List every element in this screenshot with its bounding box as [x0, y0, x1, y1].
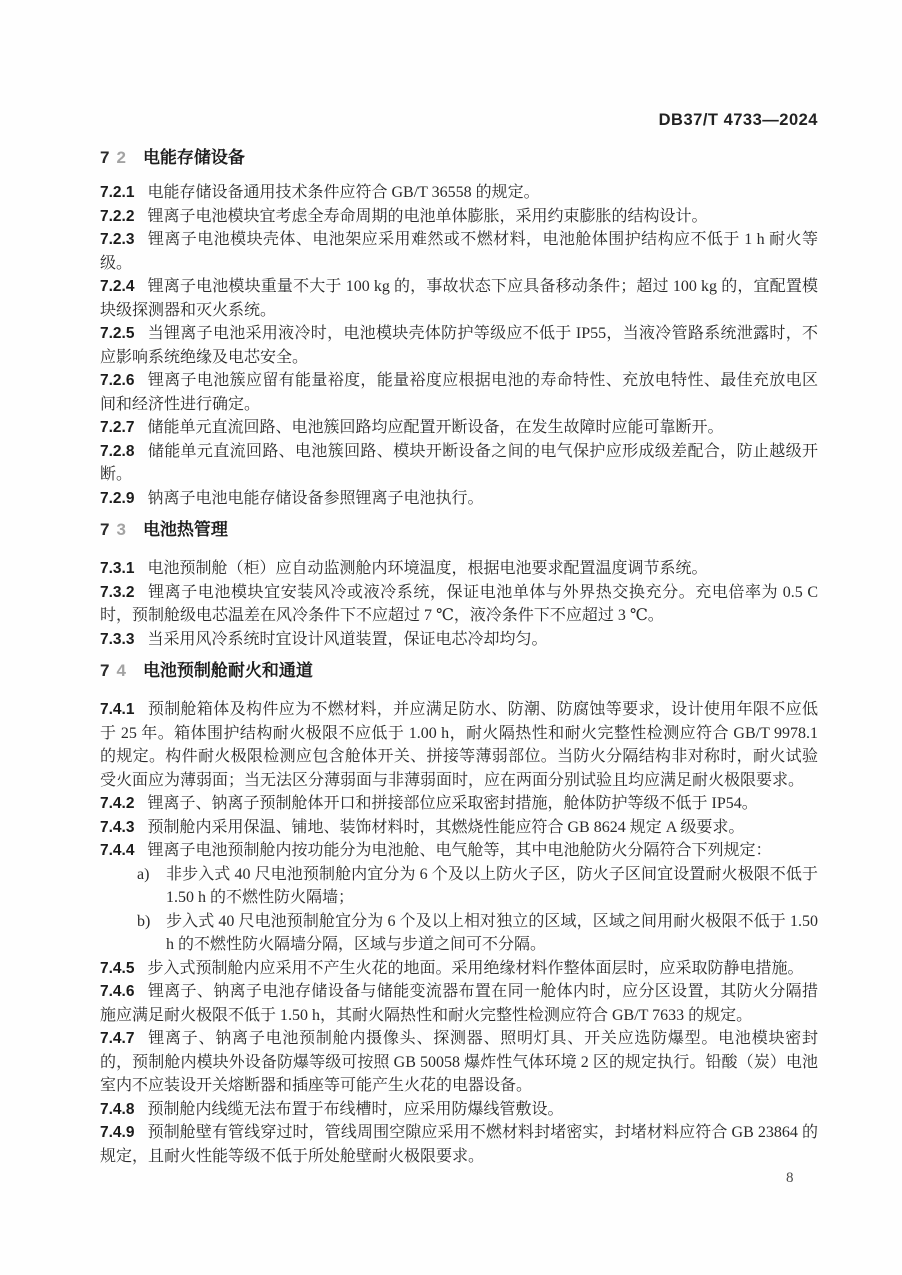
list-item-b: b) 步入式 40 尺电池预制舱宜分为 6 个及以上相对独立的区域，区域之间用耐… [100, 910, 818, 957]
clause-number: 7.4.5 [100, 960, 134, 977]
clause-number: 7.2.6 [100, 372, 134, 389]
clause-number: 7.2.5 [100, 325, 134, 342]
clause-number: 7.2.4 [100, 278, 134, 295]
section-heading-7-3: 73电池热管理 [100, 518, 818, 542]
section-title: 电能存储设备 [143, 148, 245, 167]
list-item-text: 非步入式 40 尺电池预制舱内宜分为 6 个及以上防火子区，防火子区间宜设置耐火… [166, 866, 818, 907]
clause-7-2-8: 7.2.8储能单元直流回路、电池簇回路、模块开断设备之间的电气保护应形成级差配合… [100, 440, 818, 487]
page-footer: 8 [786, 1170, 794, 1187]
clause-text: 锂离子、钠离子电池预制舱内摄像头、探测器、照明灯具、开关应选防爆型。电池模块密封… [100, 1030, 818, 1094]
clause-number: 7.4.2 [100, 795, 134, 812]
clause-text: 当锂离子电池采用液冷时，电池模块壳体防护等级应不低于 IP55，当液冷管路系统泄… [100, 325, 818, 366]
list-item-a: a) 非步入式 40 尺电池预制舱内宜分为 6 个及以上防火子区，防火子区间宜设… [100, 863, 818, 910]
clause-text: 锂离子、钠离子预制舱体开口和拼接部位应采取密封措施，舱体防护等级不低于 IP54… [147, 795, 757, 812]
clause-text: 步入式预制舱内应采用不产生火花的地面。采用绝缘材料作整体面层时，应采取防静电措施… [147, 960, 803, 977]
clause-number: 7.2.9 [100, 490, 134, 507]
clause-7-3-1: 7.3.1电池预制舱（柜）应自动监测舱内环境温度，根据电池要求配置温度调节系统。 [100, 557, 818, 581]
section-title: 电池热管理 [143, 520, 228, 539]
clause-text: 锂离子电池模块壳体、电池架应采用难然或不燃材料，电池舱体围护结构应不低于 1 h… [100, 231, 818, 272]
clause-7-4-1: 7.4.1预制舱箱体及构件应为不燃材料，并应满足防水、防潮、防腐蚀等要求，设计使… [100, 698, 818, 792]
clause-7-2-2: 7.2.2锂离子电池模块宜考虑全寿命周期的电池单体膨胀，采用约束膨胀的结构设计。 [100, 205, 818, 229]
clause-number: 7.2.7 [100, 419, 134, 436]
clause-text: 储能单元直流回路、电池簇回路均应配置开断设备，在发生故障时应能可靠断开。 [147, 419, 723, 436]
clause-number: 7.4.6 [100, 983, 134, 1000]
document-header: DB37/T 4733—2024 [100, 110, 818, 130]
clause-7-4-3: 7.4.3预制舱内采用保温、铺地、装饰材料时，其燃烧性能应符合 GB 8624 … [100, 816, 818, 840]
clause-text: 锂离子电池模块重量不大于 100 kg 的，事故状态下应具备移动条件；超过 10… [100, 278, 818, 319]
clause-number: 7.4.1 [100, 701, 134, 718]
clause-text: 电池预制舱（柜）应自动监测舱内环境温度，根据电池要求配置温度调节系统。 [147, 560, 707, 577]
clause-text: 预制舱内采用保温、铺地、装饰材料时，其燃烧性能应符合 GB 8624 规定 A … [147, 819, 744, 836]
clause-text: 锂离子电池簇应留有能量裕度，能量裕度应根据电池的寿命特性、充放电特性、最佳充放电… [100, 372, 818, 413]
clause-7-4-9: 7.4.9预制舱壁有管线穿过时，管线周围空隙应采用不燃材料封堵密实，封堵材料应符… [100, 1121, 818, 1168]
clause-text: 当采用风冷系统时宜设计风道装置，保证电芯冷却均匀。 [147, 631, 547, 648]
clause-text: 预制舱壁有管线穿过时，管线周围空隙应采用不燃材料封堵密实，封堵材料应符合 GB … [100, 1124, 818, 1165]
section-number: 73 [100, 518, 126, 542]
clause-7-4-7: 7.4.7锂离子、钠离子电池预制舱内摄像头、探测器、照明灯具、开关应选防爆型。电… [100, 1027, 818, 1098]
clause-text: 电能存储设备通用技术条件应符合 GB/T 36558 的规定。 [147, 184, 539, 201]
clause-number: 7.4.4 [100, 842, 134, 859]
clause-7-4-8: 7.4.8预制舱内线缆无法布置于布线槽时，应采用防爆线管敷设。 [100, 1098, 818, 1122]
clause-text: 钠离子电池电能存储设备参照锂离子电池执行。 [147, 490, 483, 507]
clause-number: 7.2.3 [100, 231, 134, 248]
clause-number: 7.2.2 [100, 208, 134, 225]
clause-7-2-6: 7.2.6锂离子电池簇应留有能量裕度，能量裕度应根据电池的寿命特性、充放电特性、… [100, 369, 818, 416]
clause-7-2-1: 7.2.1电能存储设备通用技术条件应符合 GB/T 36558 的规定。 [100, 181, 818, 205]
clause-number: 7.2.1 [100, 184, 134, 201]
list-item-text: 步入式 40 尺电池预制舱宜分为 6 个及以上相对独立的区域，区域之间用耐火极限… [166, 913, 818, 954]
clause-text: 锂离子电池模块宜安装风冷或液冷系统，保证电池单体与外界热交换充分。充电倍率为 0… [100, 584, 818, 625]
clause-number: 7.3.1 [100, 560, 134, 577]
clause-text: 预制舱内线缆无法布置于布线槽时，应采用防爆线管敷设。 [147, 1101, 563, 1118]
clause-number: 7.4.3 [100, 819, 134, 836]
document-page: DB37/T 4733—2024 72电能存储设备 7.2.1电能存储设备通用技… [0, 0, 902, 1275]
clause-7-4-2: 7.4.2锂离子、钠离子预制舱体开口和拼接部位应采取密封措施，舱体防护等级不低于… [100, 792, 818, 816]
clause-7-4-6: 7.4.6锂离子、钠离子电池存储设备与储能变流器布置在同一舱体内时，应分区设置，… [100, 980, 818, 1027]
page-number: 8 [786, 1170, 794, 1186]
clause-text: 锂离子、钠离子电池存储设备与储能变流器布置在同一舱体内时，应分区设置，其防火分隔… [100, 983, 818, 1024]
clause-text: 锂离子电池模块宜考虑全寿命周期的电池单体膨胀，采用约束膨胀的结构设计。 [147, 208, 707, 225]
clause-7-2-3: 7.2.3锂离子电池模块壳体、电池架应采用难然或不燃材料，电池舱体围护结构应不低… [100, 228, 818, 275]
clause-number: 7.3.2 [100, 584, 134, 601]
clause-text: 预制舱箱体及构件应为不燃材料，并应满足防水、防潮、防腐蚀等要求，设计使用年限不应… [100, 701, 818, 789]
section-number: 72 [100, 146, 126, 170]
clause-7-4-4-sublist: a) 非步入式 40 尺电池预制舱内宜分为 6 个及以上防火子区，防火子区间宜设… [100, 863, 818, 957]
clause-7-2-7: 7.2.7储能单元直流回路、电池簇回路均应配置开断设备，在发生故障时应能可靠断开… [100, 416, 818, 440]
section-heading-7-4: 74电池预制舱耐火和通道 [100, 659, 818, 683]
clause-7-2-4: 7.2.4锂离子电池模块重量不大于 100 kg 的，事故状态下应具备移动条件；… [100, 275, 818, 322]
doc-code: DB37/T 4733—2024 [659, 111, 818, 129]
clause-text: 锂离子电池预制舱内按功能分为电池舱、电气舱等，其中电池舱防火分隔符合下列规定： [147, 842, 771, 859]
clause-number: 7.3.3 [100, 631, 134, 648]
section-number: 74 [100, 659, 126, 683]
clause-7-3-2: 7.3.2锂离子电池模块宜安装风冷或液冷系统，保证电池单体与外界热交换充分。充电… [100, 581, 818, 628]
clause-text: 储能单元直流回路、电池簇回路、模块开断设备之间的电气保护应形成级差配合，防止越级… [100, 443, 818, 484]
list-item-label: a) [137, 863, 149, 887]
clause-7-3-3: 7.3.3当采用风冷系统时宜设计风道装置，保证电芯冷却均匀。 [100, 628, 818, 652]
section-title: 电池预制舱耐火和通道 [143, 661, 313, 680]
clause-number: 7.4.7 [100, 1030, 134, 1047]
clause-number: 7.4.9 [100, 1124, 134, 1141]
clause-number: 7.2.8 [100, 443, 134, 460]
list-item-label: b) [137, 910, 150, 934]
clause-number: 7.4.8 [100, 1101, 134, 1118]
section-heading-7-2: 72电能存储设备 [100, 146, 818, 170]
clause-7-2-5: 7.2.5当锂离子电池采用液冷时，电池模块壳体防护等级应不低于 IP55，当液冷… [100, 322, 818, 369]
clause-7-4-5: 7.4.5步入式预制舱内应采用不产生火花的地面。采用绝缘材料作整体面层时，应采取… [100, 957, 818, 981]
clause-7-4-4: 7.4.4锂离子电池预制舱内按功能分为电池舱、电气舱等，其中电池舱防火分隔符合下… [100, 839, 818, 863]
clause-7-2-9: 7.2.9钠离子电池电能存储设备参照锂离子电池执行。 [100, 487, 818, 511]
